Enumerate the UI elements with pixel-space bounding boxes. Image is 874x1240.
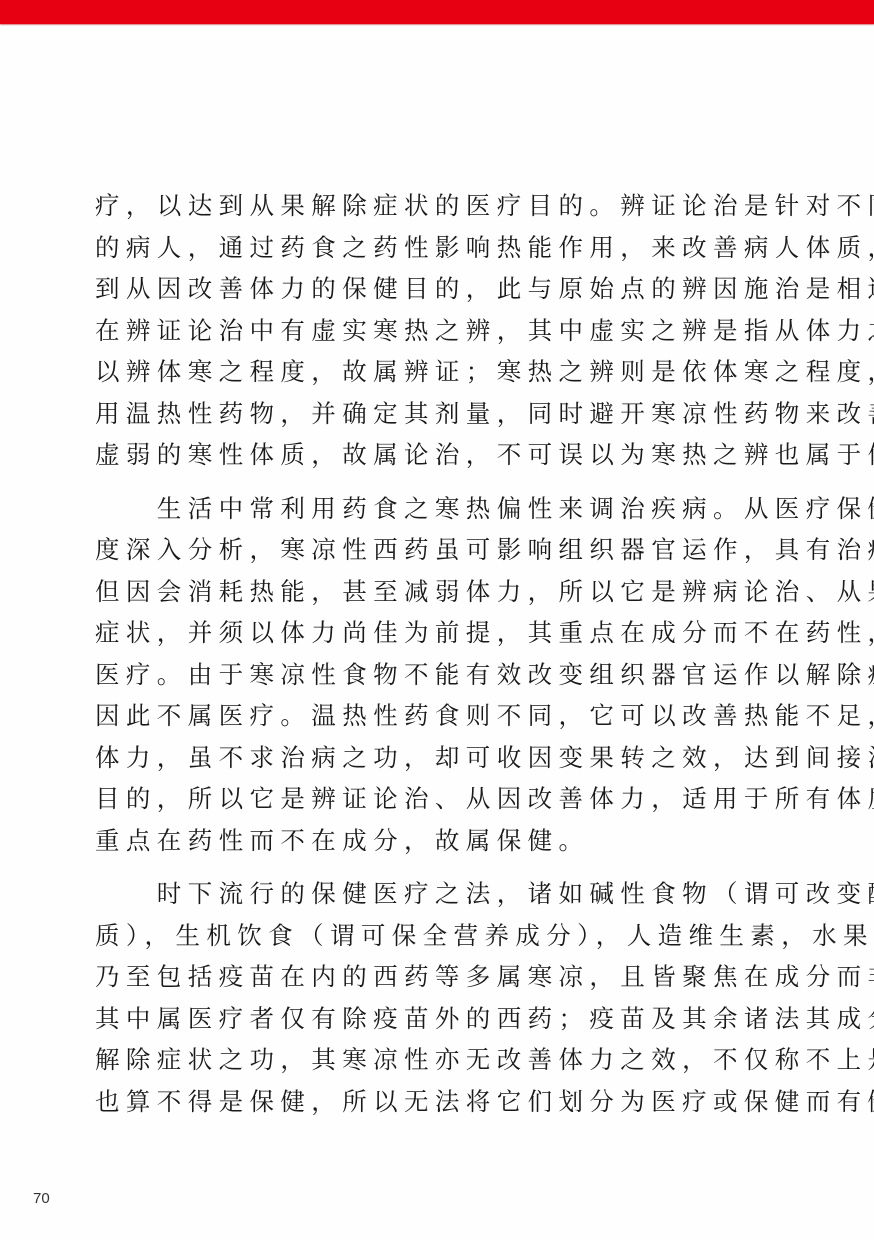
text-line: 乃至包括疫苗在内的西药等多属寒凉，且皆聚焦在成分而非药性。 bbox=[95, 956, 795, 998]
page-number: 70 bbox=[33, 1190, 50, 1207]
page-body: 疗，以达到从果解除症状的医疗目的。辨证论治是针对不同体质 的病人，通过药食之药性… bbox=[95, 185, 795, 1122]
text-line: 但因会消耗热能，甚至减弱体力，所以它是辨病论治、从果解除 bbox=[95, 571, 795, 613]
paragraph-spacer bbox=[95, 476, 795, 488]
paragraph-2: 生活中常利用药食之寒热偏性来调治疾病。从医疗保健的角 度深入分析，寒凉性西药虽可… bbox=[95, 488, 795, 862]
text-line: 在辨证论治中有虚实寒热之辨，其中虚实之辨是指从体力之强弱， bbox=[95, 310, 795, 352]
header-color-bar bbox=[0, 0, 874, 24]
text-line: 度深入分析，寒凉性西药虽可影响组织器官运作，具有治病功效， bbox=[95, 529, 795, 571]
text-line: 时下流行的保健医疗之法，诸如碱性食物（谓可改变酸性体 bbox=[95, 873, 795, 915]
paragraph-1: 疗，以达到从果解除症状的医疗目的。辨证论治是针对不同体质 的病人，通过药食之药性… bbox=[95, 185, 795, 476]
paragraph-3: 时下流行的保健医疗之法，诸如碱性食物（谓可改变酸性体 质），生机饮食（谓可保全营… bbox=[95, 873, 795, 1122]
text-line: 生活中常利用药食之寒热偏性来调治疾病。从医疗保健的角 bbox=[95, 488, 795, 530]
text-line: 到从因改善体力的保健目的，此与原始点的辨因施治是相通的。 bbox=[95, 268, 795, 310]
text-line: 体力，虽不求治病之功，却可收因变果转之效，达到间接治病的 bbox=[95, 737, 795, 779]
text-line: 重点在药性而不在成分，故属保健。 bbox=[95, 820, 795, 862]
paragraph-spacer bbox=[95, 861, 795, 873]
text-line: 质），生机饮食（谓可保全营养成分），人造维生素，水果酵素， bbox=[95, 915, 795, 957]
text-line: 以辨体寒之程度，故属辨证；寒热之辨则是依体寒之程度，以选 bbox=[95, 351, 795, 393]
text-line: 虚弱的寒性体质，故属论治，不可误以为寒热之辨也属于体质辨证。 bbox=[95, 434, 795, 476]
text-line: 其中属医疗者仅有除疫苗外的西药；疫苗及其余诸法其成分既无 bbox=[95, 998, 795, 1040]
text-line: 用温热性药物，并确定其剂量，同时避开寒凉性药物来改善体力 bbox=[95, 393, 795, 435]
text-line: 目的，所以它是辨证论治、从因改善体力，适用于所有体质，其 bbox=[95, 778, 795, 820]
text-line: 解除症状之功，其寒凉性亦无改善体力之效，不仅称不上是医疗， bbox=[95, 1039, 795, 1081]
text-line: 医疗。由于寒凉性食物不能有效改变组织器官运作以解除症状， bbox=[95, 654, 795, 696]
text-line: 因此不属医疗。温热性药食则不同，它可以改善热能不足，增强 bbox=[95, 695, 795, 737]
text-line: 疗，以达到从果解除症状的医疗目的。辨证论治是针对不同体质 bbox=[95, 185, 795, 227]
text-line: 的病人，通过药食之药性影响热能作用，来改善病人体质，以达 bbox=[95, 227, 795, 269]
text-line: 症状，并须以体力尚佳为前提，其重点在成分而不在药性，故属 bbox=[95, 612, 795, 654]
text-line: 也算不得是保健，所以无法将它们划分为医疗或保健而有健康或 bbox=[95, 1081, 795, 1123]
